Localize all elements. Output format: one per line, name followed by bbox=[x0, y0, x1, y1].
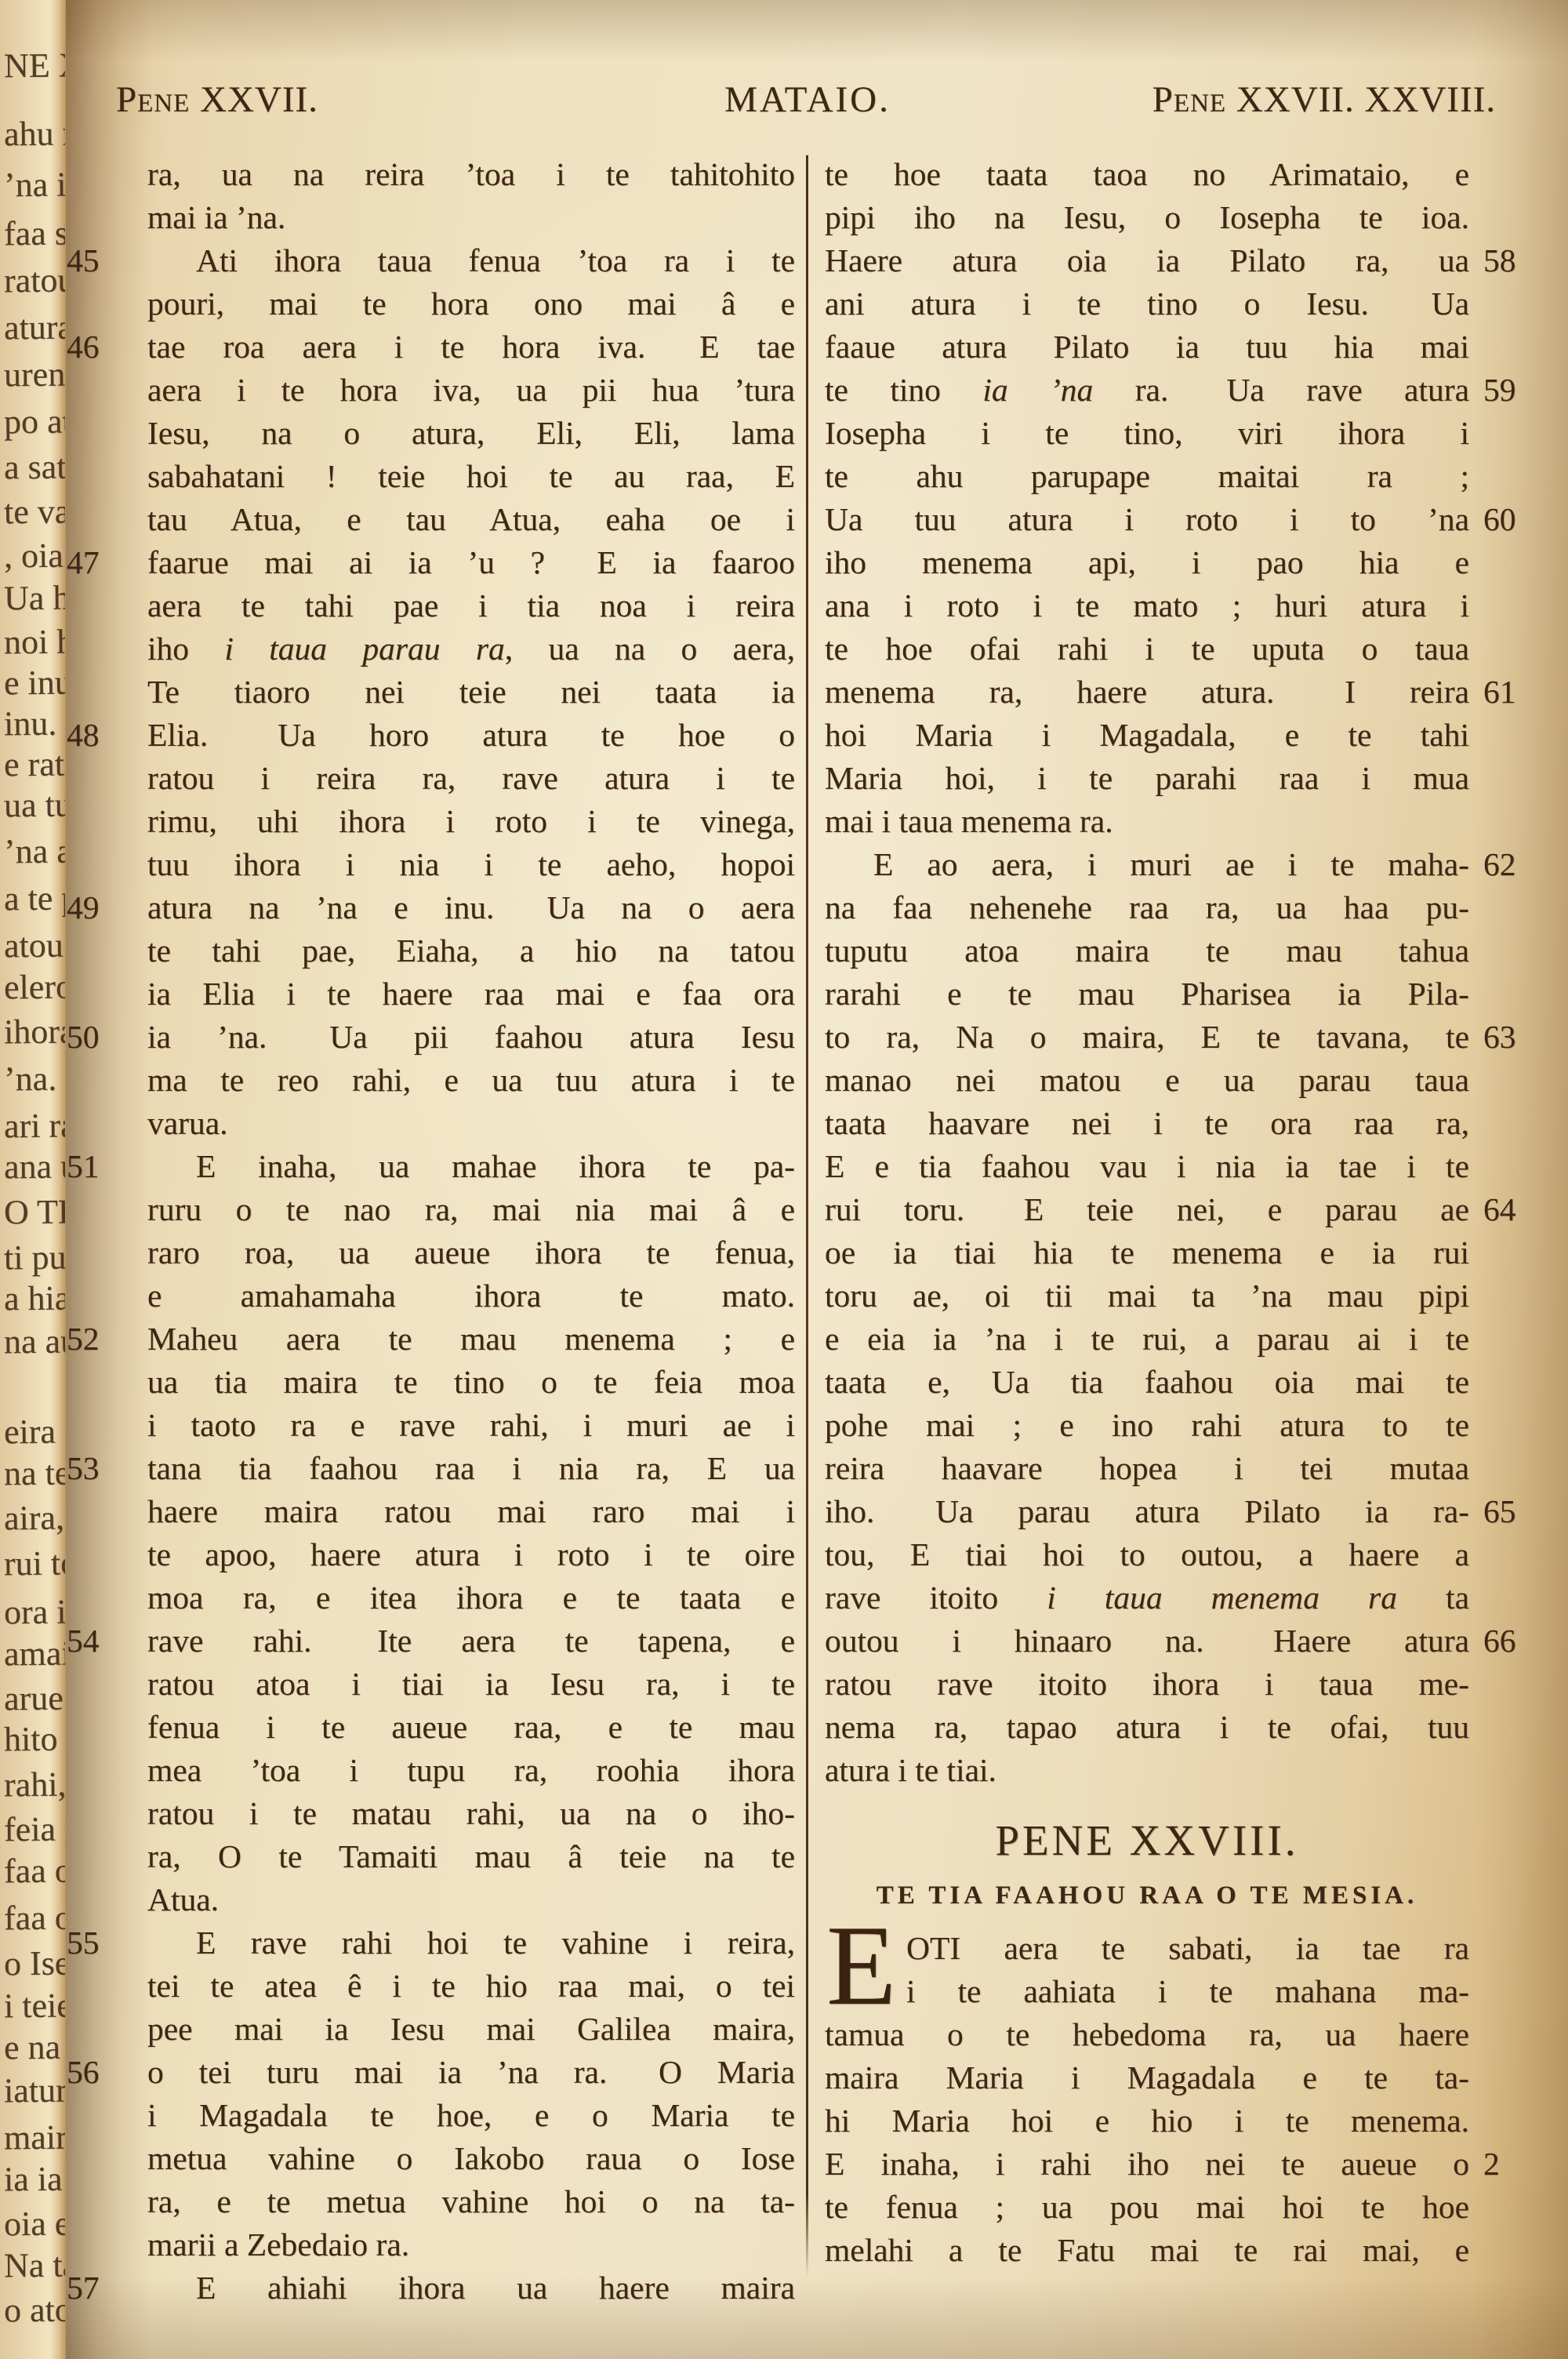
verse-line: tamua o te hebedoma ra, ua haere bbox=[825, 2013, 1469, 2056]
verse-text: rave rahi. Ite aera te tapena, e bbox=[147, 1623, 795, 1659]
verse-text: te tahi pae, Eiaha, a hio na tatou bbox=[147, 932, 795, 969]
page-right-edge-shade bbox=[1474, 0, 1568, 2359]
verse-line: E e tia faahou vau i nia ia tae i te bbox=[825, 1145, 1469, 1188]
verse-number: 2 bbox=[1483, 2143, 1546, 2186]
verse-line: e eia ia ’na i te rui, a parau ai i te bbox=[825, 1318, 1469, 1361]
previous-page-text-fragment: amaiti bbox=[4, 1634, 66, 1674]
verse-line: mai i taua menema ra. bbox=[825, 800, 1469, 843]
verse-text: hoi Maria i Magadala, e te tahi bbox=[825, 717, 1469, 753]
verse-text: E inaha, ua mahae ihora te pa- bbox=[196, 1148, 795, 1184]
verse-line: 2E inaha, i rahi iho nei te aueue o bbox=[825, 2143, 1469, 2186]
verse-line: pouri, mai te hora ono mai â e bbox=[147, 282, 795, 325]
previous-page-text-fragment: maira bbox=[4, 2117, 66, 2158]
previous-page-text-fragment: rahi, e bbox=[4, 1765, 66, 1805]
verse-text: E ao aera, i muri ae i te maha- bbox=[873, 846, 1469, 882]
verse-line: 61menema ra, haere atura. I reira bbox=[825, 671, 1469, 714]
section-title: TE TIA FAAHOU RAA O TE MESIA. bbox=[825, 1877, 1469, 1914]
verse-text: tuputu atoa maira te mau tahua bbox=[825, 932, 1469, 969]
previous-page-text-fragment: faa ora i bbox=[4, 1898, 66, 1939]
verse-line: 59te tino ia ’na ra. Ua rave atura bbox=[825, 369, 1469, 412]
verse-text: e eia ia ’na i te rui, a parau ai i te bbox=[825, 1321, 1469, 1357]
previous-page-text-fragment: ’na ahu bbox=[4, 831, 66, 872]
verse-line: oe ia tiai hia te menema e ia rui bbox=[825, 1231, 1469, 1274]
previous-page-text-fragment: e na tato bbox=[4, 2027, 66, 2068]
verse-text: te apoo, haere atura i roto i te oire bbox=[147, 1536, 795, 1572]
verse-text: faaue atura Pilato ia tuu hia mai bbox=[825, 329, 1469, 365]
verse-line: 45Ati ihora taua fenua ’toa ra i te bbox=[147, 239, 795, 282]
verse-text: ra, e te metua vahine hoi o na ta- bbox=[147, 2183, 795, 2219]
verse-line: hi Maria hoi e hio i te menema. bbox=[825, 2099, 1469, 2143]
verse-line: 56o tei turu mai ia ’na ra. O Maria bbox=[147, 2051, 795, 2094]
verse-text: ana i roto i te mato ; huri atura i bbox=[825, 587, 1469, 623]
verse-line: ratou rave itoito ihora i taua me- bbox=[825, 1663, 1469, 1706]
verse-text: atura i te tiai. bbox=[825, 1752, 996, 1788]
previous-page-text-fragment: ia ia ’na bbox=[4, 2159, 66, 2200]
verse-line: atura i te tiai. bbox=[825, 1749, 1469, 1792]
verse-line: Atua. bbox=[147, 1878, 795, 1921]
verse-text: metua vahine o Iakobo raua o Iose bbox=[147, 2140, 795, 2176]
verse-line: 58Haere atura oia ia Pilato ra, ua bbox=[825, 239, 1469, 282]
verse-line: toru ae, oi tii mai ta ’na mau pipi bbox=[825, 1274, 1469, 1318]
previous-page-text-fragment: Na taa bbox=[4, 2245, 66, 2286]
verse-line: aera te tahi pae i tia noa i reira bbox=[147, 584, 795, 627]
verse-text: Atua. bbox=[147, 1881, 219, 1917]
verse-line: rimu, uhi ihora i roto i te vinega, bbox=[147, 800, 795, 843]
verse-text: mai ia ’na. bbox=[147, 199, 285, 235]
previous-page-text-fragment: a hia, i t bbox=[4, 1278, 66, 1319]
previous-page-text-fragment: eira ihor bbox=[4, 1412, 66, 1452]
verse-text: Te tiaoro nei teie nei taata ia bbox=[147, 674, 795, 710]
verse-text: rarahi e te mau Pharisea ia Pila- bbox=[825, 976, 1469, 1012]
verse-text: E ahiahi ihora ua haere maira bbox=[196, 2270, 795, 2306]
verse-text: te tino ia ’na ra. Ua rave atura bbox=[825, 372, 1469, 408]
previous-page-text-fragment: feia paa bbox=[4, 1809, 66, 1850]
verse-line: haere maira ratou mai raro mai i bbox=[147, 1490, 795, 1533]
column-divider-rule bbox=[806, 155, 808, 2277]
verse-number: 57 bbox=[67, 2266, 123, 2310]
verse-line: iho i taua parau ra, ua na o aera, bbox=[147, 627, 795, 671]
previous-page-text-fragment: e inu ; bbox=[4, 663, 66, 703]
verse-line: ana i roto i te mato ; huri atura i bbox=[825, 584, 1469, 627]
verse-number: 50 bbox=[67, 1016, 123, 1059]
verse-line: mai ia ’na. bbox=[147, 196, 795, 239]
verse-line: varua. bbox=[147, 1102, 795, 1145]
verse-text: faarue mai ai ia ’u ? E ia faaroo bbox=[147, 544, 795, 580]
verse-line: tuputu atoa maira te mau tahua bbox=[825, 929, 1469, 972]
verse-line: pohe mai ; e ino rahi atura to te bbox=[825, 1404, 1469, 1447]
verse-text: sabahatani ! teie hoi te au raa, E bbox=[147, 458, 795, 494]
verse-text: Iesu, na o atura, Eli, Eli, lama bbox=[147, 415, 795, 451]
verse-text: rimu, uhi ihora i roto i te vinega, bbox=[147, 803, 795, 839]
verse-text: tana tia faahou raa i nia ra, E ua bbox=[147, 1450, 795, 1486]
verse-text: te ahu parupape maitai ra ; bbox=[825, 458, 1469, 494]
verse-text: iho i taua parau ra, ua na o aera, bbox=[147, 631, 795, 667]
verse-line: 62E ao aera, i muri ae i te maha- bbox=[825, 843, 1469, 886]
verse-text: aera te tahi pae i tia noa i reira bbox=[147, 587, 795, 623]
verse-text: E inaha, i rahi iho nei te aueue o bbox=[825, 2146, 1469, 2182]
verse-text: te hoe taata taoa no Arimataio, e bbox=[825, 156, 1469, 192]
previous-page-text-fragment: atura ra bbox=[4, 307, 66, 348]
verse-text: taata haavare nei i te ora raa ra, bbox=[825, 1105, 1469, 1141]
previous-page-text-fragment: o atoa h bbox=[4, 2290, 66, 2331]
verse-number: 61 bbox=[1483, 671, 1546, 714]
verse-line: taata e, Ua tia faahou oia mai te bbox=[825, 1361, 1469, 1404]
verse-line: 52Maheu aera te mau menema ; e bbox=[147, 1318, 795, 1361]
verse-number: 52 bbox=[67, 1318, 123, 1361]
previous-page-text-fragment: o Iserae bbox=[4, 1943, 66, 1984]
verse-text: raro roa, ua aueue ihora te fenua, bbox=[147, 1234, 795, 1270]
verse-text: varua. bbox=[147, 1105, 228, 1141]
verse-text: ratou rave itoito ihora i taua me- bbox=[825, 1666, 1469, 1702]
verse-text: marii a Zebedaio ra. bbox=[147, 2226, 409, 2263]
previous-page-text-fragment: urene, bbox=[4, 354, 66, 395]
previous-page-text-fragment: faa sa bbox=[4, 213, 66, 254]
verse-text: te hoe ofai rahi i te uputa o taua bbox=[825, 631, 1469, 667]
verse-line: 49atura na ’na e inu. Ua na o aera bbox=[147, 886, 795, 929]
verse-line: ma te reo rahi, e ua tuu atura i te bbox=[147, 1059, 795, 1102]
verse-text: fenua i te aueue raa, e te mau bbox=[147, 1709, 795, 1745]
verse-number: 53 bbox=[67, 1447, 123, 1490]
previous-page-text-fragment: e ratou bbox=[4, 744, 66, 785]
verse-line: rarahi e te mau Pharisea ia Pila- bbox=[825, 972, 1469, 1016]
verse-line: 47faarue mai ai ia ’u ? E ia faaroo bbox=[147, 541, 795, 584]
verse-text: ma te reo rahi, e ua tuu atura i te bbox=[147, 1062, 795, 1098]
previous-page-text-fragment: atou i t bbox=[4, 925, 66, 966]
verse-text: e amahamaha ihora te mato. bbox=[147, 1278, 795, 1314]
verse-text: outou i hinaaro na. Haere atura bbox=[825, 1623, 1469, 1659]
verse-text: menema ra, haere atura. I reira bbox=[825, 674, 1469, 710]
verse-text: Haere atura oia ia Pilato ra, ua bbox=[825, 242, 1469, 278]
running-header-title: MATAIO. bbox=[643, 78, 972, 121]
verse-line: ia Elia i te haere raa mai e faa ora bbox=[147, 972, 795, 1016]
verse-line: te ahu parupape maitai ra ; bbox=[825, 455, 1469, 498]
verse-line: mea ’toa i tupu ra, roohia ihora bbox=[147, 1749, 795, 1792]
verse-line: ratou atoa i tiai ia Iesu ra, i te bbox=[147, 1663, 795, 1706]
verse-line: ruru o te nao ra, mai nia mai â e bbox=[147, 1188, 795, 1231]
verse-text: E rave rahi hoi te vahine i reira, bbox=[196, 1925, 795, 1961]
verse-text: pohe mai ; e ino rahi atura to te bbox=[825, 1407, 1469, 1443]
verse-text: tou, E tiai hoi to outou, a haere a bbox=[825, 1536, 1469, 1572]
previous-page-text-fragment: a satan bbox=[4, 447, 66, 488]
previous-page-text-fragment: elero ih bbox=[4, 967, 66, 1008]
verse-line: Iosepha i te tino, viri ihora i bbox=[825, 412, 1469, 455]
verse-line: tau Atua, e tau Atua, eaha oe i bbox=[147, 498, 795, 541]
verse-line: melahi a te Fatu mai te rai mai, e bbox=[825, 2229, 1469, 2272]
previous-page-text-fragment: iaturi h bbox=[4, 2070, 66, 2111]
right-text-column: te hoe taata taoa no Arimataio, epipi ih… bbox=[825, 153, 1469, 2272]
verse-line: hoi Maria i Magadala, e te tahi bbox=[825, 714, 1469, 757]
verse-text: ia Elia i te haere raa mai e faa ora bbox=[147, 976, 795, 1012]
verse-number: 64 bbox=[1483, 1188, 1546, 1231]
verse-text: ratou i reira ra, rave atura i te bbox=[147, 760, 795, 796]
verse-number: 54 bbox=[67, 1619, 123, 1663]
verse-text: Iosepha i te tino, viri ihora i bbox=[825, 415, 1469, 451]
verse-text: maira Maria i Magadala e te ta- bbox=[825, 2059, 1469, 2095]
previous-page-text-fragment: hito at bbox=[4, 1719, 66, 1760]
verse-line: te tahi pae, Eiaha, a hio na tatou bbox=[147, 929, 795, 972]
verse-text: na faa nehenehe raa ra, ua haa pu- bbox=[825, 889, 1469, 925]
verse-line: faaue atura Pilato ia tuu hia mai bbox=[825, 325, 1469, 369]
previous-page-text-fragment: ana upo bbox=[4, 1147, 66, 1187]
verse-line: 63to ra, Na o maira, E te tavana, te bbox=[825, 1016, 1469, 1059]
verse-line: i taoto ra e rave rahi, i muri ae i bbox=[147, 1404, 795, 1447]
verse-text: atura na ’na e inu. Ua na o aera bbox=[147, 889, 795, 925]
verse-text: Ua tuu atura i roto i to ’na bbox=[825, 501, 1469, 537]
verse-line: 53tana tia faahou raa i nia ra, E ua bbox=[147, 1447, 795, 1490]
verse-number: 49 bbox=[67, 886, 123, 929]
verse-line: 46tae roa aera i te hora iva. E tae bbox=[147, 325, 795, 369]
previous-page-text-fragment: a te per bbox=[4, 878, 66, 919]
previous-page-text-fragment: ’na. U bbox=[4, 1059, 66, 1100]
verse-text: pipi iho na Iesu, o Iosepha te ioa. bbox=[825, 199, 1469, 235]
verse-text: iho. Ua parau atura Pilato ia ra- bbox=[825, 1493, 1469, 1529]
verse-text: ra, O te Tamaiti mau â teie na te bbox=[147, 1838, 795, 1874]
verse-text: moa ra, e itea ihora e te taata e bbox=[147, 1579, 795, 1616]
verse-number: 66 bbox=[1483, 1619, 1546, 1663]
verse-line: fenua i te aueue raa, e te mau bbox=[147, 1706, 795, 1749]
verse-number: 62 bbox=[1483, 843, 1546, 886]
verse-line: 64rui toru. E teie nei, e parau ae bbox=[825, 1188, 1469, 1231]
previous-page-text-fragment: rui tor bbox=[4, 1543, 66, 1584]
verse-line: tei te atea ê i te hio raa mai, o tei bbox=[147, 1965, 795, 2008]
verse-text: tae roa aera i te hora iva. E tae bbox=[147, 329, 795, 365]
verse-text: aera i te hora iva, ua pii hua ’tura bbox=[147, 372, 795, 408]
verse-line: te hoe taata taoa no Arimataio, e bbox=[825, 153, 1469, 196]
verse-number: 56 bbox=[67, 2051, 123, 2094]
verse-number: 48 bbox=[67, 714, 123, 757]
verse-line: EOTI aera te sabati, ia tae ra bbox=[825, 1927, 1469, 1970]
verse-line: pee mai ia Iesu mai Galilea maira, bbox=[147, 2008, 795, 2051]
verse-text: mea ’toa i tupu ra, roohia ihora bbox=[147, 1752, 795, 1788]
verse-text: E e tia faahou vau i nia ia tae i te bbox=[825, 1148, 1469, 1184]
previous-page-text-fragment: ti pue e bbox=[4, 1238, 66, 1278]
verse-line: pipi iho na Iesu, o Iosepha te ioa. bbox=[825, 196, 1469, 239]
verse-text: Ati ihora taua fenua ’toa ra i te bbox=[196, 242, 795, 278]
verse-line: 48Elia. Ua horo atura te hoe o bbox=[147, 714, 795, 757]
previous-page-text-fragment: ihora n bbox=[4, 1012, 66, 1052]
verse-text: iho menema api, i pao hia e bbox=[825, 544, 1469, 580]
previous-page-text-fragment: O TE A bbox=[4, 1192, 66, 1233]
verse-line: te apoo, haere atura i roto i te oire bbox=[147, 1533, 795, 1576]
previous-page-text-fragment: te vahi bbox=[4, 492, 66, 533]
verse-line: tou, E tiai hoi to outou, a haere a bbox=[825, 1533, 1469, 1576]
verse-text: toru ae, oi tii mai ta ’na mau pipi bbox=[825, 1278, 1469, 1314]
verse-text: mai i taua menema ra. bbox=[825, 803, 1113, 839]
previous-page-text-fragment: faa ora bbox=[4, 1851, 66, 1892]
verse-line: iho menema api, i pao hia e bbox=[825, 541, 1469, 584]
verse-line: e amahamaha ihora te mato. bbox=[147, 1274, 795, 1318]
previous-page-text-fragment: ’na ih bbox=[4, 165, 66, 205]
previous-page-text-fragment: po atur bbox=[4, 402, 66, 442]
previous-page-text-fragment: ari raa bbox=[4, 1106, 66, 1147]
verse-text: ia ’na. Ua pii faahou atura Iesu bbox=[147, 1019, 795, 1055]
verse-text: melahi a te Fatu mai te rai mai, e bbox=[825, 2232, 1469, 2268]
verse-text: tei te atea ê i te hio raa mai, o tei bbox=[147, 1968, 795, 2004]
previous-page-text-fragment: ua tu bbox=[4, 785, 66, 826]
running-header: Pene XXVII. MATAIO. Pene XXVII. XXVIII. bbox=[0, 78, 1568, 133]
verse-line: ani atura i te tino o Iesu. Ua bbox=[825, 282, 1469, 325]
verse-line: i Magadala te hoe, e o Maria te bbox=[147, 2094, 795, 2137]
verse-text: ra, ua na reira ’toa i te tahitohito bbox=[147, 156, 795, 192]
verse-line: i te aahiata i te mahana ma- bbox=[825, 1970, 1469, 2013]
previous-page-text-fragment: ratou i bbox=[4, 260, 66, 301]
verse-line: ra, e te metua vahine hoi o na ta- bbox=[147, 2180, 795, 2223]
verse-line: 65iho. Ua parau atura Pilato ia ra- bbox=[825, 1490, 1469, 1533]
verse-line: Iesu, na o atura, Eli, Eli, lama bbox=[147, 412, 795, 455]
verse-text: i Magadala te hoe, e o Maria te bbox=[147, 2097, 795, 2133]
verse-line: raro roa, ua aueue ihora te fenua, bbox=[147, 1231, 795, 1274]
verse-line: Maria hoi, i te parahi raa i mua bbox=[825, 757, 1469, 800]
verse-text: ua tia maira te tino o te feia moa bbox=[147, 1364, 795, 1400]
verse-line: ra, ua na reira ’toa i te tahitohito bbox=[147, 153, 795, 196]
running-header-left: Pene XXVII. bbox=[116, 78, 318, 121]
verse-line: metua vahine o Iakobo raua o Iose bbox=[147, 2137, 795, 2180]
verse-text: oe ia tiai hia te menema e ia rui bbox=[825, 1234, 1469, 1270]
verse-line: sabahatani ! teie hoi te au raa, E bbox=[147, 455, 795, 498]
right-column-chapter27-text: te hoe taata taoa no Arimataio, epipi ih… bbox=[825, 153, 1469, 1792]
verse-number: 47 bbox=[67, 541, 123, 584]
verse-text: i taoto ra e rave rahi, i muri ae i bbox=[147, 1407, 795, 1443]
verse-text: tau Atua, e tau Atua, eaha oe i bbox=[147, 501, 795, 537]
verse-text: rave itoito i taua menema ra ta bbox=[825, 1579, 1469, 1616]
chapter-heading: PENE XXVIII. bbox=[825, 1816, 1469, 1866]
verse-number: 63 bbox=[1483, 1016, 1546, 1059]
verse-text: Elia. Ua horo atura te hoe o bbox=[147, 717, 795, 753]
verse-line: ratou i te matau rahi, ua na o iho- bbox=[147, 1792, 795, 1835]
verse-text: ruru o te nao ra, mai nia mai â e bbox=[147, 1191, 795, 1227]
verse-line: aera i te hora iva, ua pii hua ’tura bbox=[147, 369, 795, 412]
verse-line: reira haavare hopea i tei mutaa bbox=[825, 1447, 1469, 1490]
previous-page-text-fragment: Ua hop bbox=[4, 578, 66, 619]
verse-text: hi Maria hoi e hio i te menema. bbox=[825, 2103, 1469, 2139]
verse-line: taata haavare nei i te ora raa ra, bbox=[825, 1102, 1469, 1145]
previous-page-text-fragment: i teie n bbox=[4, 1986, 66, 2026]
book-page: NE XXahu r’na ihfaa saratou iatura raure… bbox=[0, 0, 1568, 2359]
verse-line: te hoe ofai rahi i te uputa o taua bbox=[825, 627, 1469, 671]
verse-line: nema ra, tapao atura i te ofai, tuu bbox=[825, 1706, 1469, 1749]
verse-text: to ra, Na o maira, E te tavana, te bbox=[825, 1019, 1469, 1055]
verse-line: 60Ua tuu atura i roto i to ’na bbox=[825, 498, 1469, 541]
verse-text: pouri, mai te hora ono mai â e bbox=[147, 285, 795, 322]
verse-line: te fenua ; ua pou mai hoi te hoe bbox=[825, 2186, 1469, 2229]
verse-line: ratou i reira ra, rave atura i te bbox=[147, 757, 795, 800]
verse-text: pee mai ia Iesu mai Galilea maira, bbox=[147, 2011, 795, 2047]
previous-page-text-fragment: , oia h bbox=[4, 536, 66, 576]
left-text-column: ra, ua na reira ’toa i te tahitohitomai … bbox=[147, 153, 795, 2310]
verse-line: ua tia maira te tino o te feia moa bbox=[147, 1361, 795, 1404]
verse-text: reira haavare hopea i tei mutaa bbox=[825, 1450, 1469, 1486]
verse-text: manao nei matou e ua parau taua bbox=[825, 1062, 1469, 1098]
previous-page-text-fragment: aira, E bbox=[4, 1498, 66, 1539]
previous-page-text-fragment: noi hia bbox=[4, 622, 66, 663]
verse-line: tuu ihora i nia i te aeho, hopoi bbox=[147, 843, 795, 886]
previous-page-text-fragment: na aui h bbox=[4, 1321, 66, 1362]
verse-number: 45 bbox=[67, 239, 123, 282]
verse-text: nema ra, tapao atura i te ofai, tuu bbox=[825, 1709, 1469, 1745]
verse-text: o tei turu mai ia ’na ra. O Maria bbox=[147, 2054, 795, 2090]
verse-number: 51 bbox=[67, 1145, 123, 1188]
verse-line: 50ia ’na. Ua pii faahou atura Iesu bbox=[147, 1016, 795, 1059]
previous-page-text-fragment: ora ia bbox=[4, 1592, 66, 1633]
verse-line: ra, O te Tamaiti mau â teie na te bbox=[147, 1835, 795, 1878]
verse-line: maira Maria i Magadala e te ta- bbox=[825, 2056, 1469, 2099]
verse-line: 66outou i hinaaro na. Haere atura bbox=[825, 1619, 1469, 1663]
previous-page-text-fragment: oia e, bbox=[4, 2204, 66, 2245]
verse-line: marii a Zebedaio ra. bbox=[147, 2223, 795, 2266]
verse-number: 55 bbox=[67, 1921, 123, 1965]
verse-line: moa ra, e itea ihora e te taata e bbox=[147, 1576, 795, 1619]
verse-line: 54rave rahi. Ite aera te tapena, e bbox=[147, 1619, 795, 1663]
verse-text: tamua o te hebedoma ra, ua haere bbox=[825, 2016, 1469, 2052]
previous-page-text-fragment: na te ueu bbox=[4, 1453, 66, 1494]
verse-number: 59 bbox=[1483, 369, 1546, 412]
verse-text: tuu ihora i nia i te aeho, hopoi bbox=[147, 846, 795, 882]
verse-text: ratou atoa i tiai ia Iesu ra, i te bbox=[147, 1666, 795, 1702]
verse-text: ratou i te matau rahi, ua na o iho- bbox=[147, 1795, 795, 1831]
verse-line: manao nei matou e ua parau taua bbox=[825, 1059, 1469, 1102]
verse-line: rave itoito i taua menema ra ta bbox=[825, 1576, 1469, 1619]
verse-line: 55E rave rahi hoi te vahine i reira, bbox=[147, 1921, 795, 1965]
verse-line: 57E ahiahi ihora ua haere maira bbox=[147, 2266, 795, 2310]
running-header-right: Pene XXVII. XXVIII. bbox=[1152, 78, 1496, 121]
verse-text: taata e, Ua tia faahou oia mai te bbox=[825, 1364, 1469, 1400]
verse-number: 65 bbox=[1483, 1490, 1546, 1533]
verse-line: 51E inaha, ua mahae ihora te pa- bbox=[147, 1145, 795, 1188]
verse-number: 46 bbox=[67, 325, 123, 369]
right-column-chapter28-text: EOTI aera te sabati, ia tae rai te aahia… bbox=[825, 1927, 1469, 2272]
verse-text: haere maira ratou mai raro mai i bbox=[147, 1493, 795, 1529]
verse-text: i te aahiata i te mahana ma- bbox=[906, 1973, 1469, 2009]
verse-text: rui toru. E teie nei, e parau ae bbox=[825, 1191, 1469, 1227]
verse-text: te fenua ; ua pou mai hoi te hoe bbox=[825, 2189, 1469, 2225]
verse-line: na faa nehenehe raa ra, ua haa pu- bbox=[825, 886, 1469, 929]
verse-number: 60 bbox=[1483, 498, 1546, 541]
verse-text: Maheu aera te mau menema ; e bbox=[147, 1321, 795, 1357]
previous-page-text-fragment: inu. I bbox=[4, 703, 66, 744]
verse-text: OTI aera te sabati, ia tae ra bbox=[906, 1930, 1469, 1966]
verse-text: ani atura i te tino o Iesu. Ua bbox=[825, 285, 1469, 322]
verse-number: 58 bbox=[1483, 239, 1546, 282]
previous-page-edge: NE XXahu r’na ihfaa saratou iatura raure… bbox=[0, 0, 66, 2359]
verse-text: Maria hoi, i te parahi raa i mua bbox=[825, 760, 1469, 796]
previous-page-text-fragment: arue atu bbox=[4, 1678, 66, 1719]
verse-line: Te tiaoro nei teie nei taata ia bbox=[147, 671, 795, 714]
